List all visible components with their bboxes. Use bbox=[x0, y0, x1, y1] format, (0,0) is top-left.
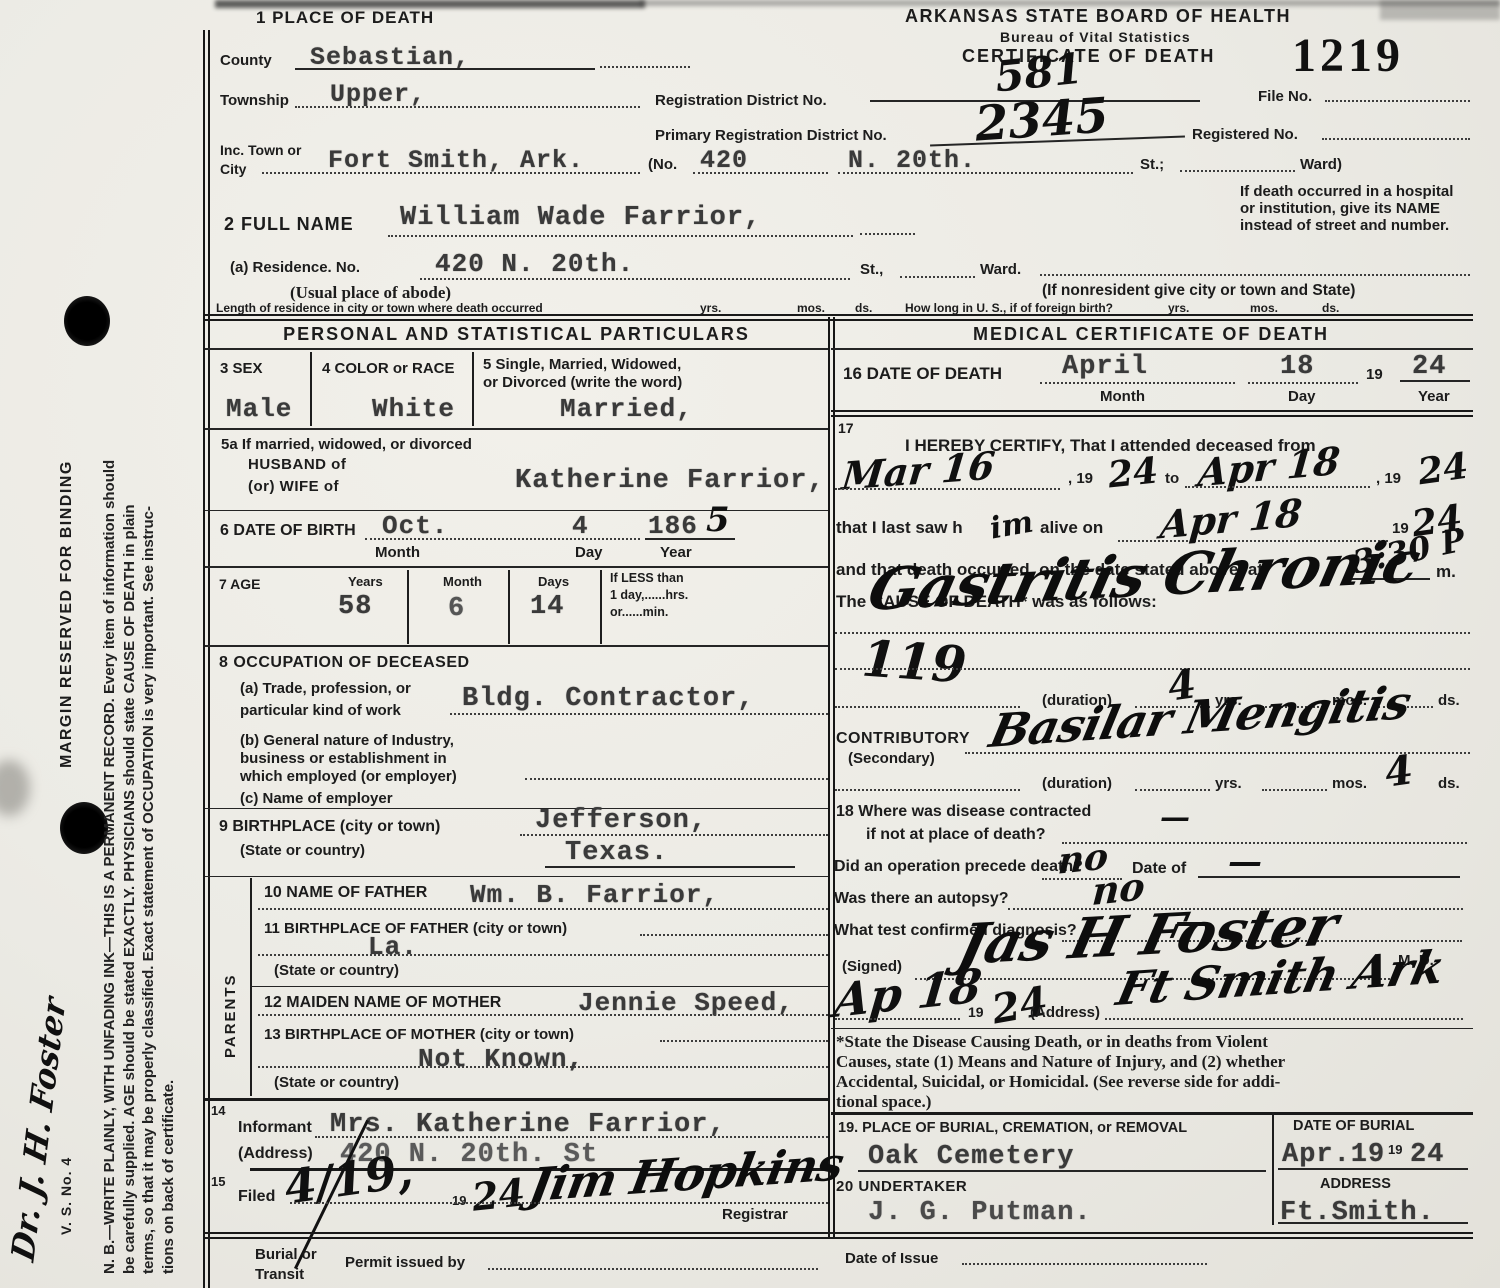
birthplace-rule bbox=[205, 876, 828, 877]
bottom-rule bbox=[205, 1232, 1473, 1239]
occupation-rule bbox=[205, 808, 828, 809]
race-value: White bbox=[372, 394, 455, 424]
sex-value: Male bbox=[226, 394, 292, 424]
birthplace-label: 9 BIRTHPLACE (city or town) bbox=[219, 818, 440, 836]
attended-to-line bbox=[1185, 486, 1370, 488]
dob-label: 6 DATE OF BIRTH bbox=[220, 522, 356, 540]
occupation-b-label-line1: (b) General nature of Industry, bbox=[240, 732, 454, 749]
father-name-line bbox=[258, 908, 828, 910]
duration2-mos-label: mos. bbox=[1332, 775, 1367, 792]
contributory-value: Basilar Mengitis bbox=[985, 675, 1415, 758]
age-divider-1 bbox=[407, 570, 409, 644]
residence-ward-line bbox=[900, 276, 975, 278]
undertaker-address-line bbox=[1278, 1222, 1468, 1224]
length-yrs: yrs. bbox=[700, 301, 721, 315]
age-label: 7 AGE bbox=[219, 576, 261, 592]
spouse-rule bbox=[205, 510, 828, 511]
scan-smudge-top-corner bbox=[1380, 0, 1500, 20]
spouse-value: Katherine Farrior, bbox=[515, 466, 825, 496]
burial-place-label: 19. PLACE OF BURIAL, CREMATION, or REMOV… bbox=[838, 1120, 1187, 1136]
township-line bbox=[295, 106, 640, 108]
residence-value: 420 N. 20th. bbox=[435, 249, 634, 279]
house-no-label: (No. bbox=[648, 156, 677, 173]
attended-from-date: Mar 16 bbox=[840, 442, 997, 498]
county-line bbox=[295, 68, 595, 70]
item5a-label: 5a If married, widowed, or divorced bbox=[221, 436, 472, 453]
attended-to-year: 24 bbox=[1415, 445, 1470, 494]
sex-race-divider bbox=[310, 352, 312, 426]
marital-value: Married, bbox=[560, 394, 693, 424]
mother-birthplace-state-label: (State or country) bbox=[274, 1074, 399, 1091]
mother-name-line bbox=[258, 1014, 828, 1016]
date-of-death-day-line bbox=[1248, 382, 1358, 384]
age-less-note-line3: or......min. bbox=[610, 605, 668, 619]
race-marital-divider bbox=[472, 352, 474, 426]
marital-label-line2: or Divorced (write the word) bbox=[483, 374, 682, 391]
ward-label: Ward) bbox=[1300, 156, 1342, 173]
dob-day-value: 4 bbox=[572, 511, 589, 541]
paper-shadow-blob bbox=[0, 760, 30, 816]
mother-birthplace-label: 13 BIRTHPLACE OF MOTHER (city or town) bbox=[264, 1026, 574, 1043]
attended-comma19-b: , 19 bbox=[1376, 470, 1401, 487]
length-residence-label: Length of residence in city or town wher… bbox=[216, 301, 543, 315]
burial-date-value: Apr.19 bbox=[1282, 1140, 1385, 1170]
scan-smudge-top-left bbox=[215, 0, 645, 8]
parents-mid-rule bbox=[250, 986, 828, 987]
attended-from-year: 24 bbox=[1106, 449, 1160, 496]
file-no-line bbox=[1325, 100, 1470, 102]
abode-note: (Usual place of abode) bbox=[290, 283, 451, 303]
full-name-value: William Wade Farrior, bbox=[400, 203, 761, 233]
county-label: County bbox=[220, 52, 272, 69]
date-of-issue-line bbox=[962, 1263, 1207, 1265]
age-divider-2 bbox=[508, 570, 510, 644]
marital-label-line1: 5 Single, Married, Widowed, bbox=[483, 356, 681, 373]
occupation-a-value: Bldg. Contractor, bbox=[462, 684, 754, 714]
date-of-death-year: 24 bbox=[1412, 352, 1446, 382]
occupation-b-line bbox=[525, 778, 828, 780]
place-of-death-title: 1 PLACE OF DEATH bbox=[256, 8, 434, 28]
occupation-b-label-line2: business or establishment in bbox=[240, 750, 447, 767]
dod-year-caption: Year bbox=[1418, 388, 1450, 405]
duration2-ds-label: ds. bbox=[1438, 775, 1460, 792]
medical-title-rule bbox=[831, 348, 1473, 350]
burial-or-label: Burial or bbox=[255, 1246, 317, 1263]
medical-title: MEDICAL CERTIFICATE OF DEATH bbox=[831, 324, 1471, 345]
wife-of-label: (or) WIFE of bbox=[248, 478, 339, 495]
date-of-death-19: 19 bbox=[1366, 366, 1383, 383]
main-top-rule bbox=[205, 314, 1473, 321]
length-mos: mos. bbox=[797, 301, 825, 315]
footnote-top-rule bbox=[831, 1028, 1473, 1029]
footnote-line4: tional space.) bbox=[836, 1092, 931, 1112]
sign-address-line bbox=[1105, 1018, 1463, 1020]
duration1-ds-label: ds. bbox=[1438, 692, 1460, 709]
personal-title: PERSONAL AND STATISTICAL PARTICULARS bbox=[205, 324, 828, 345]
house-no-value: 420 bbox=[700, 146, 748, 175]
sex-label: 3 SEX bbox=[220, 360, 263, 377]
date-of-death-month: April bbox=[1062, 352, 1148, 382]
birthplace-state-label: (State or country) bbox=[240, 842, 365, 859]
date-of-death-month-line bbox=[1040, 382, 1235, 384]
us-length-label: How long in U. S., if of foreign birth? bbox=[905, 301, 1113, 315]
date-of-line bbox=[1198, 876, 1460, 878]
city-line bbox=[262, 172, 640, 174]
house-no-line bbox=[693, 172, 828, 174]
dob-month-value: Oct. bbox=[382, 511, 448, 541]
residence-line bbox=[420, 278, 850, 280]
filed-label: Filed bbox=[238, 1188, 275, 1206]
city-label-line2: City bbox=[220, 161, 246, 177]
sex-row-rule bbox=[205, 428, 828, 430]
dob-year-caption: Year bbox=[660, 544, 692, 561]
registered-no-label: Registered No. bbox=[1192, 126, 1298, 143]
footnote-line3: Accidental, Suicidal, or Homicidal. (See… bbox=[836, 1072, 1280, 1092]
us-mos: mos. bbox=[1250, 301, 1278, 315]
hospital-note: If death occurred in a hospital or insti… bbox=[1240, 184, 1468, 234]
age-months-value: 6 bbox=[448, 594, 465, 624]
registered-no-line bbox=[1322, 138, 1470, 140]
attended-comma19-a: , 19 bbox=[1068, 470, 1093, 487]
secondary-label: (Secondary) bbox=[848, 750, 935, 767]
date-of-death-day: 18 bbox=[1280, 352, 1314, 382]
age-months-header: Month bbox=[443, 574, 482, 589]
occupation-label: 8 OCCUPATION OF DECEASED bbox=[219, 654, 470, 672]
footnote-line2: Causes, state (1) Means and Nature of In… bbox=[836, 1052, 1285, 1072]
death-time-m: m. bbox=[1436, 562, 1456, 582]
personal-title-rule bbox=[205, 348, 828, 350]
board-title: ARKANSAS STATE BOARD OF HEALTH bbox=[905, 6, 1291, 27]
last-saw-label: that I last saw h bbox=[836, 518, 963, 538]
mother-birthplace-line1 bbox=[660, 1040, 828, 1042]
duration2-left-stub bbox=[835, 789, 1020, 791]
age-divider-3 bbox=[600, 570, 602, 644]
age-less-note-line1: If LESS than bbox=[610, 571, 684, 585]
burial-19: 19 bbox=[1388, 1142, 1402, 1157]
dod-day-caption: Day bbox=[1288, 388, 1316, 405]
township-value: Upper, bbox=[330, 80, 426, 109]
mother-name-label: 12 MAIDEN NAME OF MOTHER bbox=[264, 994, 501, 1012]
occupation-b-label-line3: which employed (or employer) bbox=[240, 768, 457, 785]
street-value: N. 20th. bbox=[848, 146, 976, 175]
margin-nb-line3: terms, so that it may be properly classi… bbox=[139, 24, 159, 1274]
city-value: Fort Smith, Ark. bbox=[328, 146, 584, 175]
last-saw-label2: alive on bbox=[1040, 518, 1103, 538]
full-name-line2 bbox=[860, 233, 915, 235]
center-divider bbox=[828, 317, 835, 1238]
filed-number: 15 bbox=[211, 1174, 225, 1189]
date-of-death-year-line bbox=[1400, 380, 1470, 382]
birthplace-value: Jefferson, bbox=[535, 806, 707, 836]
attended-to-label: to bbox=[1165, 470, 1179, 487]
parents-vertical-label: PARENTS bbox=[222, 908, 239, 1058]
city-label-line1: Inc. Town or bbox=[220, 142, 301, 158]
dob-year-value: 186 bbox=[648, 511, 698, 541]
occupation-a-label-line2: particular kind of work bbox=[240, 702, 401, 719]
burial-place-value: Oak Cemetery bbox=[868, 1142, 1074, 1172]
margin-form-number: V. S. No. 4 bbox=[58, 1075, 74, 1235]
age-years-header: Years bbox=[348, 574, 383, 589]
race-label: 4 COLOR or RACE bbox=[322, 360, 455, 377]
father-birthplace-value: La. bbox=[368, 932, 418, 962]
attended-from-line bbox=[835, 488, 1060, 490]
st-line bbox=[1180, 170, 1295, 172]
footnote-line1: *State the Disease Causing Death, or in … bbox=[836, 1032, 1268, 1052]
dob-day-caption: Day bbox=[575, 544, 603, 561]
father-name-label: 10 NAME OF FATHER bbox=[264, 884, 427, 902]
margin-nb-line4: tions on back of certificate. bbox=[159, 24, 179, 1274]
disease-contracted-label-line2: if not at place of death? bbox=[866, 826, 1046, 844]
birthplace-state-value: Texas. bbox=[565, 838, 668, 868]
permit-label: Permit issued by bbox=[345, 1254, 465, 1271]
county-line-2 bbox=[600, 66, 690, 68]
residence-ward-label: Ward. bbox=[980, 261, 1021, 278]
burial-date-header: DATE OF BURIAL bbox=[1293, 1118, 1414, 1134]
cause-code-handwritten: 119 bbox=[860, 628, 968, 694]
autopsy-label: Was there an autopsy? bbox=[834, 890, 1009, 908]
nonresident-note: (If nonresident give city or town and St… bbox=[1042, 282, 1355, 300]
street-line bbox=[838, 172, 1133, 174]
contributory-label: CONTRIBUTORY bbox=[836, 730, 970, 748]
undertaker-address-header: ADDRESS bbox=[1320, 1176, 1391, 1192]
age-days-header: Days bbox=[538, 574, 569, 589]
dod-row-rule bbox=[831, 410, 1473, 417]
filed-line bbox=[290, 1202, 828, 1204]
date-of-death-label: 16 DATE OF DEATH bbox=[843, 364, 1002, 384]
burial-place-line bbox=[858, 1170, 1266, 1172]
dob-day-line bbox=[562, 538, 640, 540]
disease-contracted-dash: — bbox=[1160, 800, 1190, 835]
registration-district-label: Registration District No. bbox=[655, 92, 827, 109]
date-of-issue-label: Date of Issue bbox=[845, 1250, 938, 1267]
residence-label: (a) Residence. No. bbox=[230, 259, 360, 276]
duration2-yrs-line bbox=[1135, 789, 1210, 791]
sign-date-line bbox=[835, 1018, 960, 1020]
informant-top-rule bbox=[205, 1098, 828, 1101]
margin-nb-line1: N. B.—WRITE PLAINLY, WITH UNFADING INK—T… bbox=[100, 24, 120, 1274]
certificate-number: 1219 bbox=[1292, 28, 1404, 83]
birthplace-line bbox=[520, 834, 828, 836]
sign-address-label: (Address) bbox=[1030, 1004, 1100, 1021]
burial-date-line bbox=[1278, 1168, 1468, 1170]
residence-st-label: St., bbox=[860, 261, 883, 278]
dob-year-handwritten-digit: 5 bbox=[706, 500, 730, 540]
operation-label: Did an operation precede death? bbox=[834, 858, 1083, 876]
undertaker-label: 20 UNDERTAKER bbox=[836, 1178, 967, 1195]
cause-line-2 bbox=[835, 668, 1470, 670]
us-ds: ds. bbox=[1322, 301, 1339, 315]
father-name-value: Wm. B. Farrior, bbox=[470, 880, 719, 910]
length-ds: ds. bbox=[855, 301, 872, 315]
undertaker-value: J. G. Putman. bbox=[868, 1198, 1092, 1228]
age-row-rule bbox=[205, 645, 828, 647]
transit-label: Transit bbox=[255, 1266, 304, 1283]
occupation-c-label: (c) Name of employer bbox=[240, 790, 393, 807]
full-name-line bbox=[388, 235, 853, 237]
duration2-label: (duration) bbox=[1042, 775, 1112, 792]
full-name-label: 2 FULL NAME bbox=[224, 214, 354, 235]
father-birthplace-line2 bbox=[258, 954, 828, 956]
age-less-note-line2: 1 day,......hrs. bbox=[610, 588, 688, 602]
primary-registration-label: Primary Registration District No. bbox=[655, 127, 887, 144]
dod-month-caption: Month bbox=[1100, 388, 1145, 405]
township-label: Township bbox=[220, 92, 289, 109]
margin-doctor-signature: Dr. J. H. Foster bbox=[4, 828, 93, 1265]
sign-year-printed: 19 bbox=[968, 1004, 984, 1020]
death-certificate-scan: Dr. J. H. Foster V. S. No. 4 MARGIN RESE… bbox=[0, 0, 1500, 1288]
birthplace-state-line bbox=[545, 866, 795, 868]
st-label: St.; bbox=[1140, 156, 1164, 173]
burial-top-rule bbox=[831, 1112, 1473, 1115]
husband-of-label: HUSBAND of bbox=[248, 456, 346, 473]
filed-year-handwritten: 24 bbox=[470, 1169, 527, 1219]
occupation-a-line bbox=[450, 713, 828, 715]
dob-month-caption: Month bbox=[375, 544, 420, 561]
burial-year-value: 24 bbox=[1410, 1140, 1444, 1170]
registrar-label: Registrar bbox=[722, 1206, 788, 1223]
age-days-value: 14 bbox=[530, 592, 564, 622]
informant-label: Informant bbox=[238, 1119, 312, 1137]
nonresident-line bbox=[1040, 274, 1470, 276]
dob-month-line bbox=[365, 538, 560, 540]
age-years-value: 58 bbox=[338, 592, 372, 622]
informant-number: 14 bbox=[211, 1103, 225, 1118]
duration2-mos-line bbox=[1262, 789, 1327, 791]
margin-binding-note: MARGIN RESERVED FOR BINDING bbox=[58, 358, 76, 768]
file-no-label: File No. bbox=[1258, 88, 1312, 105]
duration1-left-stub bbox=[835, 706, 1020, 708]
father-birthplace-line1 bbox=[640, 934, 828, 936]
certify-number: 17 bbox=[838, 420, 854, 436]
disease-contracted-label-line1: 18 Where was disease contracted bbox=[836, 803, 1091, 821]
burial-divider bbox=[1272, 1112, 1274, 1225]
informant-line bbox=[315, 1136, 828, 1138]
dob-year-line bbox=[645, 538, 735, 540]
mother-birthplace-value: Not Known, bbox=[418, 1044, 584, 1074]
us-yrs: yrs. bbox=[1168, 301, 1189, 315]
margin-nb-line2: be carefully supplied. AGE should be sta… bbox=[120, 24, 140, 1274]
last-saw-him-overlay: im bbox=[987, 505, 1036, 547]
permit-line bbox=[488, 1268, 818, 1270]
filed-year-printed: 19 bbox=[452, 1193, 466, 1208]
father-birthplace-state-label: (State or country) bbox=[274, 962, 399, 979]
occupation-a-label-line1: (a) Trade, profession, or bbox=[240, 680, 411, 697]
duration2-yrs-label: yrs. bbox=[1215, 775, 1242, 792]
margin-nb-note: N. B.—WRITE PLAINLY, WITH UNFADING INK—T… bbox=[100, 24, 178, 1274]
bureau-subtitle: Bureau of Vital Statistics bbox=[1000, 29, 1191, 45]
dob-row-rule bbox=[205, 566, 828, 568]
mother-birthplace-line2 bbox=[258, 1066, 828, 1068]
parents-box-divider bbox=[250, 878, 252, 1096]
